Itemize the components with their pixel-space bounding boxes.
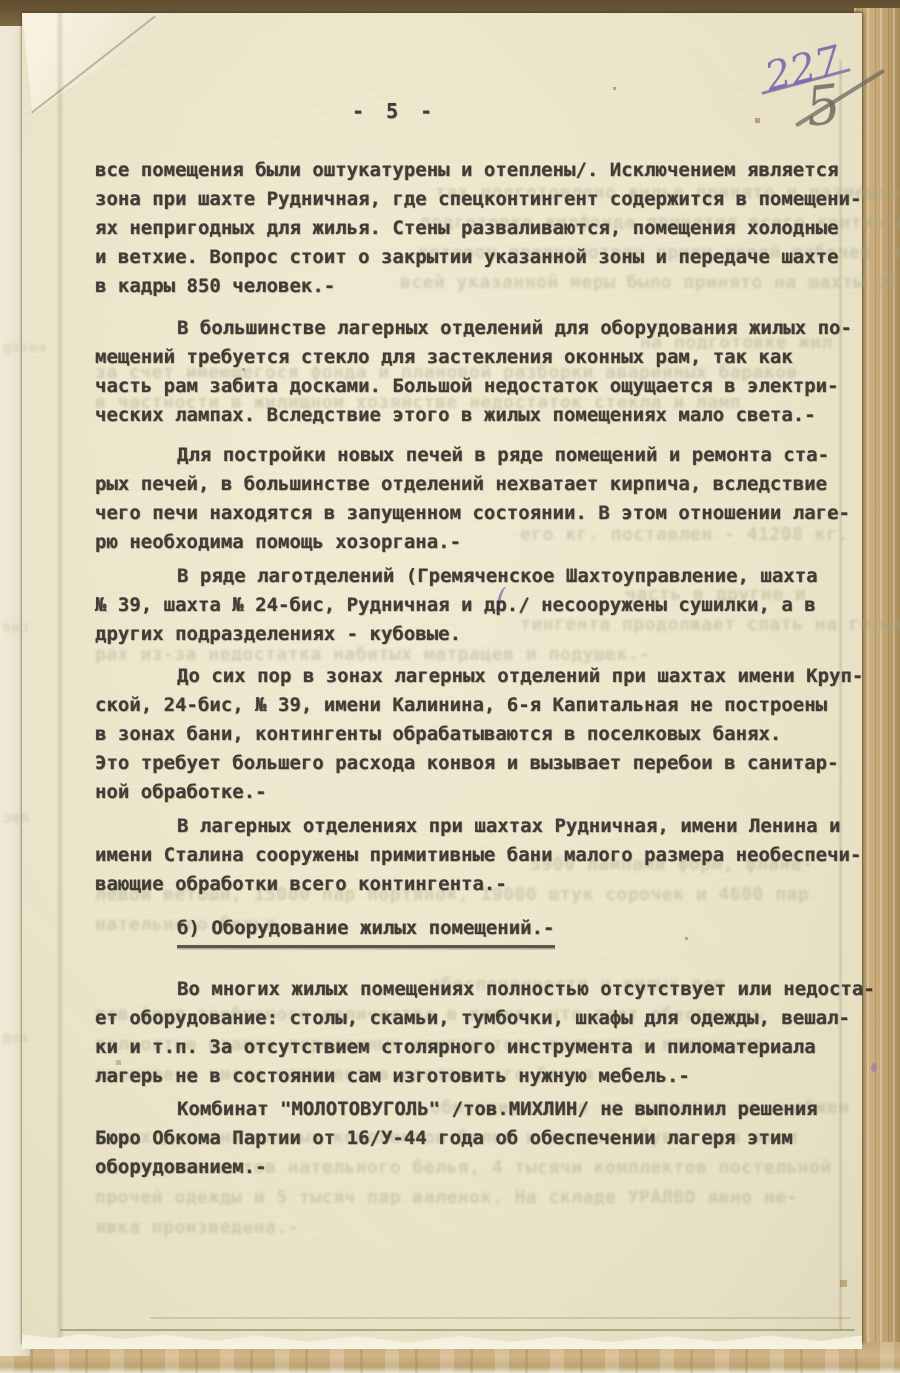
text-line: все помещения были оштукатурены и отепле…	[95, 156, 875, 185]
vertical-crease-left	[56, 13, 64, 1338]
text-line: Это требует большего расхода конвоя и вы…	[95, 749, 875, 778]
paragraph-2: В большинстве лагерных отделений для обо…	[95, 314, 875, 430]
text-line: рых печей, в большинстве отделений нехва…	[95, 470, 875, 499]
paragraph-3: Для постройки новых печей в ряде помещен…	[95, 441, 875, 557]
text-line: оборудованием.-	[95, 1153, 875, 1182]
text-line: в кадры 850 человек.-	[95, 272, 875, 301]
text-line: других подразделениях - кубовые.	[95, 620, 875, 649]
text-line: чего печи находятся в запущенном состоян…	[95, 499, 875, 528]
text-line: Во многих жилых помещениях полностью отс…	[95, 975, 875, 1004]
text-line: и ветхие. Вопрос стоит о закрытии указан…	[95, 243, 875, 272]
text-line: В лагерных отделениях при шахтах Рудничн…	[95, 812, 875, 841]
text-line: имени Сталина сооружены примитивные бани…	[95, 841, 875, 870]
bleedthrough-margin-mark: ход	[2, 1030, 29, 1046]
text-line: ской, 24-бис, № 39, имени Калинина, 6-я …	[95, 691, 875, 720]
paragraph-8: Комбинат "МОЛОТОВУГОЛЬ" /тов.МИХЛИН/ не …	[95, 1095, 875, 1182]
text-line: В большинстве лагерных отделений для обо…	[95, 314, 875, 343]
section-heading-b: б) Оборудование жилых помещений.-	[95, 914, 875, 943]
paragraph-7: Во многих жилых помещениях полностью отс…	[95, 975, 875, 1091]
text-line: Бюро Обкома Партии от 16/У-44 года об об…	[95, 1124, 875, 1153]
bleedthrough-margin-mark: гил	[2, 620, 29, 636]
text-line: мещений требуется стекло для застекления…	[95, 343, 875, 372]
text-line: ях непригодных для жилья. Стены развалив…	[95, 214, 875, 243]
paragraph-1: все помещения были оштукатурены и отепле…	[95, 156, 875, 301]
text-line: ки и т.п. За отсутствием столярного инст…	[95, 1033, 875, 1062]
page-number: - 5 -	[352, 99, 437, 123]
text-line: ческих лампах. Вследствие этого в жилых …	[95, 401, 875, 430]
bleedthrough-text: явка произведена.-	[95, 1217, 299, 1238]
bleedthrough-text: прочей одежды и 5 тысяч пар валенок. На …	[95, 1187, 798, 1208]
text-line: лагерь не в состоянии сам изготовить нуж…	[95, 1062, 875, 1091]
text-line: До сих пор в зонах лагерных отделений пр…	[95, 662, 875, 691]
paragraph-4: В ряде лаготделений (Гремяченское Шахтоу…	[95, 562, 875, 649]
bottom-crease	[60, 1329, 855, 1331]
scanned-document: тах подготовлено жилье принято и размеще…	[0, 0, 900, 1373]
text-line: вающие обработки всего контингента.-	[95, 870, 875, 899]
text-line: Комбинат "МОЛОТОВУГОЛЬ" /тов.МИХЛИН/ не …	[95, 1095, 875, 1124]
bleedthrough-margin-mark: котор	[2, 340, 47, 356]
heading-text: б) Оборудование жилых помещений.-	[177, 914, 555, 948]
bottom-crease	[150, 1317, 850, 1319]
paragraph-5: До сих пор в зонах лагерных отделений пр…	[95, 662, 875, 807]
paragraph-6: В лагерных отделениях при шахтах Рудничн…	[95, 812, 875, 899]
text-line: Для постройки новых печей в ряде помещен…	[95, 441, 875, 470]
paper-specks	[0, 0, 1, 1]
text-line: ет оборудование: столы, скамьи, тумбочки…	[95, 1004, 875, 1033]
text-line: часть рам забита досками. Большой недост…	[95, 372, 875, 401]
text-line: зона при шахте Рудничная, где спецконтин…	[95, 185, 875, 214]
bleedthrough-margin-mark: прс	[2, 810, 29, 826]
text-line: В ряде лаготделений (Гремяченское Шахтоу…	[95, 562, 875, 591]
text-line: в зонах бани, контингенты обрабатываются…	[95, 720, 875, 749]
text-line: рю необходима помощь хозоргана.-	[95, 528, 875, 557]
text-line: № 39, шахта № 24-бис, Рудничная и др./ н…	[95, 591, 875, 620]
text-line: ной обработке.-	[95, 778, 875, 807]
